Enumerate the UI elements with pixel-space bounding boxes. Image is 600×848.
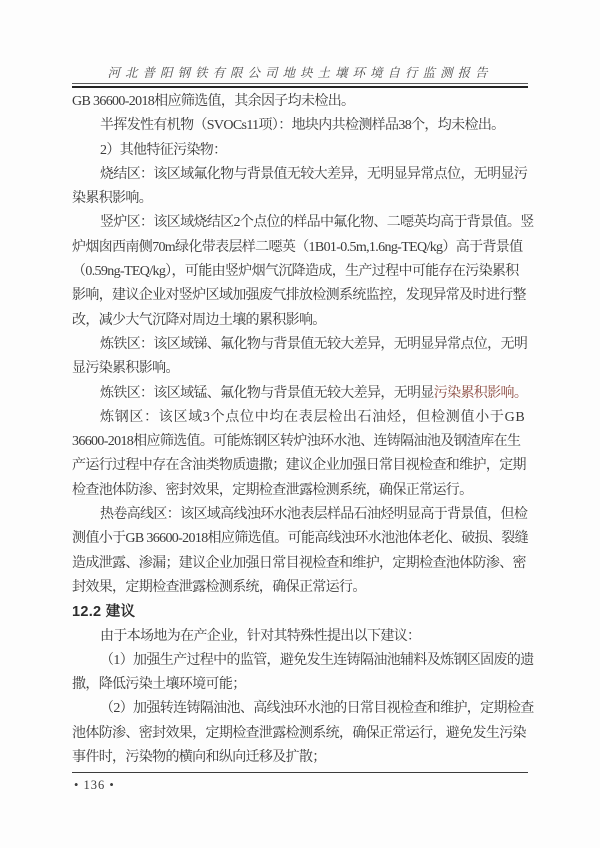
text-line: 改，减少大气沉降对周边土壤的累积影响。 (72, 309, 528, 333)
text-line: 由于本场地为在产企业，针对其特殊性提出以下建议： (72, 625, 528, 649)
text-line: GB 36600-2018相应筛选值，其余因子均未检出。 (72, 90, 528, 114)
text-line: 半挥发性有机物（SVOCs11项）：地块内共检测样品38个，均未检出。 (72, 114, 528, 138)
text-line: （1）加强生产过程中的监管，避免发生连铸隔油池辅料及炼钢区固废的遗 (72, 649, 528, 673)
text-line: 显污染累积影响。 (72, 357, 528, 381)
text-line: 事件时，污染物的横向和纵向迁移及扩散； (72, 746, 528, 770)
text-line: 热卷高线区：该区域高线浊环水池表层样品石油烃明显高于背景值，但检 (72, 503, 528, 527)
text-line: 炼钢区：该区域3个点位中均在表层检出石油烃，但检测值小于GB (72, 406, 528, 430)
header-rule-thick (72, 86, 528, 88)
text-line: 染累积影响。 (72, 187, 528, 211)
text-line: 炼铁区：该区域锑、氟化物与背景值无较大差异，无明显异常点位，无明 (72, 333, 528, 357)
section-heading: 12.2 建议 (72, 600, 528, 624)
text-line: 炼铁区：该区域锰、氟化物与背景值无较大差异，无明显污染累积影响。 (72, 382, 528, 406)
document-page: 河北普阳钢铁有限公司地块土壤环境自行监测报告 GB 36600-2018相应筛选… (0, 0, 600, 848)
text-line: 封效果，定期检查泄露检测系统，确保正常运行。 (72, 576, 528, 600)
text-line: 36600-2018相应筛选值。可能炼钢区转炉浊环水池、连铸隔油池及钢渣库在生 (72, 430, 528, 454)
text-line: 撒，降低污染土壤环境可能； (72, 673, 528, 697)
document-body: GB 36600-2018相应筛选值，其余因子均未检出。半挥发性有机物（SVOC… (72, 90, 528, 770)
red-marked-text: 污染累积影响。 (434, 386, 527, 401)
page-number: • 136 • (74, 778, 115, 793)
text-line: 造成泄露、渗漏；建议企业加强日常目视检查和维护，定期检查池体防渗、密 (72, 552, 528, 576)
text-line: 测值小于GB 36600-2018相应筛选值。可能高线浊环水池池体老化、破损、裂… (72, 527, 528, 551)
text-line: 2）其他特征污染物： (72, 139, 528, 163)
text-line: 竖炉区：该区域烧结区2个点位的样品中氟化物、二噁英均高于背景值。竖 (72, 211, 528, 235)
text-line: 炉烟囱西南侧70m绿化带表层样二噁英（1B01-0.5m,1.6ng-TEQ/k… (72, 236, 528, 260)
text-line: 检查池体防渗、密封效果，定期检查泄露检测系统，确保正常运行。 (72, 479, 528, 503)
text-line: 影响，建议企业对竖炉区域加强废气排放检测系统监控，发现异常及时进行整 (72, 284, 528, 308)
text-line: （0.59ng-TEQ/kg），可能由竖炉烟气沉降造成，生产过程中可能存在污染累… (72, 260, 528, 284)
text-line: 产运行过程中存在含油类物质遗撒；建议企业加强日常目视检查和维护，定期 (72, 454, 528, 478)
text-line: 烧结区：该区域氟化物与背景值无较大差异，无明显异常点位，无明显污 (72, 163, 528, 187)
text-line: （2）加强转连铸隔油池、高线浊环水池的日常目视检查和维护，定期检查 (72, 697, 528, 721)
footer-rule (72, 772, 528, 773)
text-line: 池体防渗、密封效果，定期检查泄露检测系统，确保正常运行，避免发生污染 (72, 722, 528, 746)
header-rule-thin (72, 83, 528, 84)
report-header-title: 河北普阳钢铁有限公司地块土壤环境自行监测报告 (0, 63, 600, 81)
